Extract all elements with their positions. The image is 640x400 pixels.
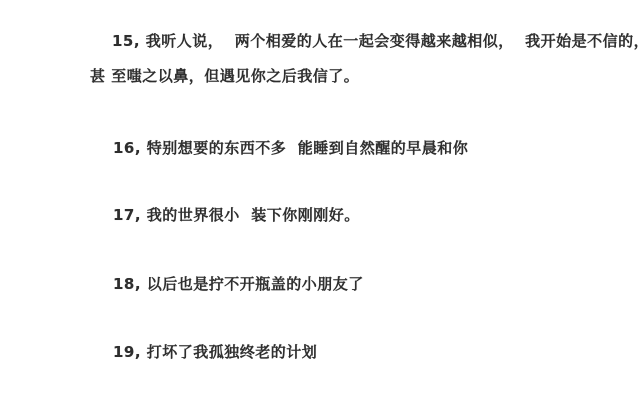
quote-18: 18, 以后也是拧不开瓶盖的小朋友了 bbox=[113, 274, 364, 294]
quote-15-line-2: 甚 至嗤之以鼻，但遇见你之后我信了。 bbox=[90, 66, 359, 86]
quote-15-line-1: 15, 我听人说， 两个相爱的人在一起会变得越来越相似， 我开始是不信的， bbox=[112, 31, 640, 51]
quote-16: 16, 特别想要的东西不多 能睡到自然醒的早晨和你 bbox=[113, 138, 468, 158]
quotes-document-page: 15, 我听人说， 两个相爱的人在一起会变得越来越相似， 我开始是不信的， 甚 … bbox=[0, 0, 640, 400]
quote-17: 17, 我的世界很小 装下你刚刚好。 bbox=[113, 205, 360, 225]
quote-19: 19, 打坏了我孤独终老的计划 bbox=[113, 342, 317, 362]
